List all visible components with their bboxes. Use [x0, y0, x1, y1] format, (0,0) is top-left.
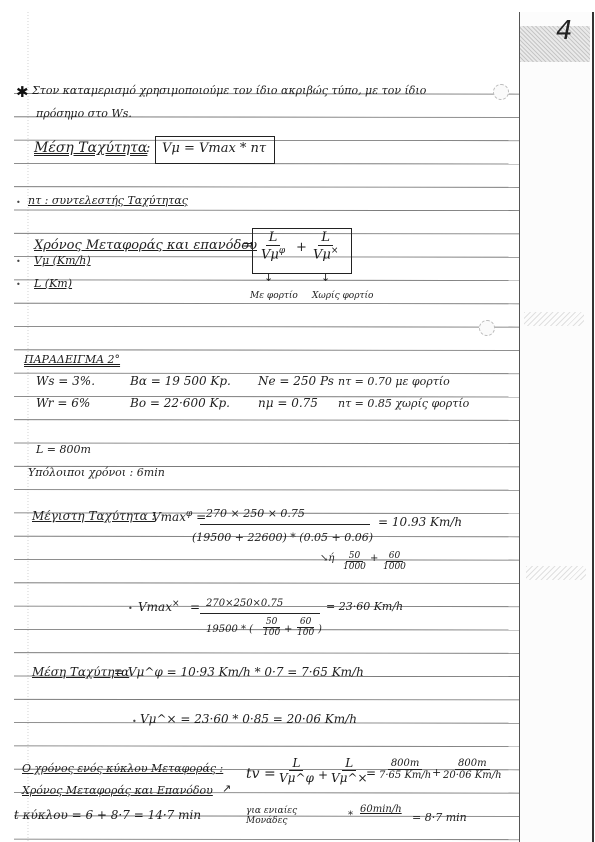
max-speed-label: Μέγιστη Ταχύτητα :	[32, 509, 156, 523]
example-length: L = 800m	[36, 443, 91, 456]
example-ba: Bα = 19 500 Kp.	[130, 374, 231, 388]
example-bo: Bo = 22·600 Kp.	[130, 396, 230, 410]
label-empty: Χωρίς φορτίο	[312, 291, 373, 301]
avg-speed-formula: Vμ = Vmax * nτ	[162, 141, 266, 156]
unit-length: L (Km)	[34, 277, 72, 290]
scan-shading	[520, 26, 590, 62]
fraction-bar	[200, 613, 320, 614]
note-plus: +	[370, 553, 378, 564]
example-ne: Ne = 250 Ps	[258, 374, 334, 388]
conversion-bullet: *	[348, 810, 353, 821]
denominator: 1000	[380, 562, 409, 572]
mean-speed-loaded: = Vμ^φ = 10·93 Km/h * 0·7 = 7·65 Km/h	[114, 665, 364, 679]
avg-speed-colon: :	[146, 141, 150, 156]
vmax-loaded-denominator: (19500 + 22600) * (0.05 + 0.06)	[192, 531, 373, 544]
tv-fraction-3: 800m7·65 Km/h	[376, 758, 434, 781]
down-arrow-icon: ↓	[264, 271, 273, 284]
fraction-numerator: L	[266, 230, 281, 246]
note-fraction-2: 601000	[380, 551, 409, 572]
example-nt-loaded: nτ = 0.70 με φορτίο	[338, 375, 450, 388]
fraction-denominator: Vμ	[313, 247, 331, 262]
note-fraction-1: 501000	[340, 551, 369, 572]
vmax-empty-equals: =	[190, 600, 200, 614]
conversion-result: = 8·7 min	[412, 811, 467, 824]
fraction-bar	[200, 524, 370, 525]
example-title: ΠΑΡΑΔΕΙΓΜΑ 2°	[24, 353, 120, 366]
fraction-numerator: L	[318, 230, 333, 246]
fraction-empty: L Vμ×	[310, 230, 341, 262]
example-nm: nμ = 0.75	[258, 396, 318, 410]
asterisk-icon: ✱	[16, 83, 29, 101]
numerator: L	[289, 756, 303, 771]
denominator: 100	[294, 628, 317, 638]
symbol: Vmax	[138, 600, 172, 614]
den-plus: +	[284, 624, 292, 635]
plus-sign: +	[296, 240, 307, 255]
numerator: 800m	[455, 758, 490, 770]
example-nt-empty: nτ = 0.85 χωρίς φορτίο	[338, 397, 469, 410]
numerator: 50	[263, 617, 280, 628]
avg-speed-label: Μέση Ταχύτητα	[34, 140, 147, 156]
mean-speed-empty: Vμ^× = 23·60 * 0·85 = 20·06 Km/h	[140, 712, 357, 726]
vmax-empty-den-prefix: 19500 * (	[206, 624, 253, 635]
unit-note: για ενιαίες Μονάδες	[246, 806, 306, 826]
tv-fraction-1: LVμ^φ	[276, 756, 317, 785]
scan-speckle	[526, 566, 586, 580]
plus-sign: +	[318, 768, 328, 782]
superscript: ×	[331, 246, 339, 256]
cycle-time-label: Χρόνος Μεταφοράς και επανόδου	[34, 238, 257, 253]
example-wr: Wr = 6%	[36, 396, 90, 410]
conversion-numerator: 60min/h	[360, 804, 402, 815]
bullet: •	[16, 198, 21, 207]
symbol: Vmax	[152, 510, 186, 524]
cycle-label: Ο χρόνος ενός κύκλου Μεταφοράς :	[22, 762, 223, 775]
vmax-empty-symbol: Vmax×	[138, 599, 180, 614]
example-ws: Ws = 3%.	[36, 374, 95, 388]
tv-fraction-4: 800m20·06 Km/h	[440, 758, 505, 781]
denominator: 100	[260, 628, 283, 638]
fraction-denominator: Vμ	[261, 247, 279, 262]
tv-fraction-2: LVμ^×	[328, 756, 371, 785]
tv-symbol: tv =	[246, 766, 276, 782]
scan-speckle	[524, 312, 584, 326]
right-margin-column	[519, 12, 594, 842]
den-suffix: )	[318, 624, 322, 635]
vmax-empty-result: = 23·60 Km/h	[326, 600, 403, 613]
numerator: 60	[386, 551, 403, 562]
numerator: L	[342, 756, 356, 771]
superscript: φ	[279, 246, 285, 256]
punch-hole	[479, 320, 495, 336]
transport-label: Χρόνος Μεταφοράς και Επανόδου	[22, 784, 213, 797]
note-arrow: ↘ή	[320, 553, 334, 564]
label-loaded: Με φορτίο	[250, 291, 298, 301]
cycle-time-total: t κύκλου = 6 + 8·7 = 14·7 min	[14, 808, 201, 822]
denominator: 20·06 Km/h	[440, 770, 505, 781]
superscript: φ	[186, 509, 192, 519]
equals-sign: =	[366, 766, 376, 780]
note-line-1: Στον καταμερισμό χρησιμοποιούμε τον ίδιο…	[32, 84, 426, 97]
denominator: 7·65 Km/h	[376, 770, 434, 781]
fraction-loaded: L Vμφ	[258, 230, 288, 262]
numerator: 800m	[388, 758, 423, 770]
vmax-loaded-numerator: 270 × 250 × 0.75	[206, 507, 305, 520]
denominator: 1000	[340, 562, 369, 572]
numerator: 50	[346, 551, 363, 562]
bullet: •	[16, 257, 21, 266]
note-line-2: πρόσημο στο Ws.	[36, 107, 132, 120]
efficiency-definition: nτ : συντελεστής Ταχύτητας	[28, 194, 188, 207]
vmax-loaded-symbol: Vmaxφ =	[152, 509, 206, 524]
unit-speed: Vμ (Km/h)	[34, 254, 91, 267]
example-other-time: Υπόλοιποι χρόνοι : 6min	[28, 466, 165, 479]
den-fraction-2: 60100	[294, 617, 317, 638]
punch-hole	[493, 84, 509, 100]
down-arrow-icon: ↓	[321, 271, 330, 284]
arrow-icon: ↗	[222, 782, 231, 795]
vmax-loaded-result: = 10.93 Km/h	[378, 515, 462, 529]
denominator: Vμ^×	[328, 771, 371, 785]
denominator: Vμ^φ	[276, 771, 317, 785]
vmax-empty-numerator: 270×250×0.75	[206, 598, 283, 609]
bullet: •	[128, 604, 133, 613]
den-fraction-1: 50100	[260, 617, 283, 638]
bullet: •	[16, 280, 21, 289]
bullet: •	[132, 717, 137, 726]
equals: =	[196, 510, 206, 524]
page-number: 4	[556, 16, 573, 46]
scanned-notes-page: 4 ✱ Στον καταμερισμό χρησιμοποιούμε τον …	[0, 0, 595, 842]
superscript: ×	[172, 599, 180, 609]
numerator: 60	[297, 617, 314, 628]
